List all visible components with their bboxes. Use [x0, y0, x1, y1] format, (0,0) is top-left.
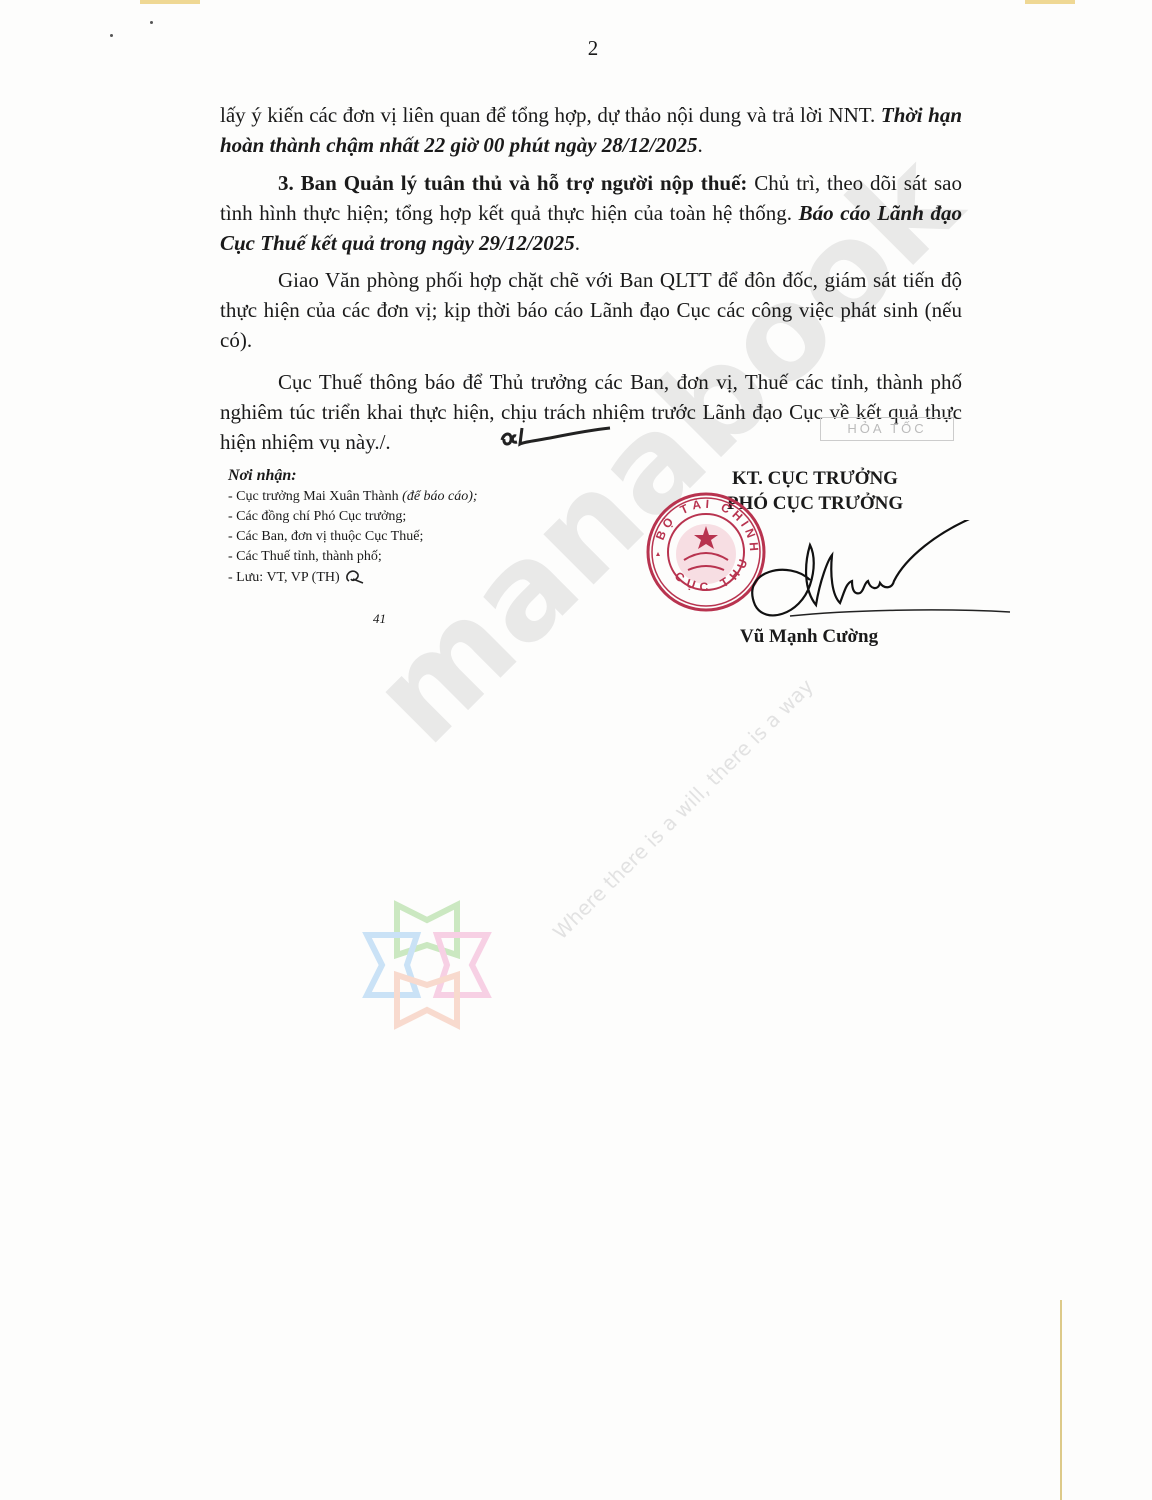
recipient-item: - Cục trưởng Mai Xuân Thành (để báo cáo)… — [228, 487, 478, 507]
watermark-slogan: Where there is a will, there is a way — [548, 674, 818, 944]
paragraph-deadline: lấy ý kiến các đơn vị liên quan để tổng … — [220, 100, 962, 160]
recipient-item: - Các đồng chí Phó Cục trưởng; — [228, 507, 478, 527]
handwritten-signature-icon — [740, 520, 1040, 630]
scan-edge — [1025, 0, 1075, 4]
faint-stamp: HỎA TỐC — [820, 417, 954, 441]
scan-edge — [1060, 1300, 1062, 1500]
scan-edge — [140, 0, 200, 4]
scan-speck — [150, 21, 153, 24]
recipients-list: Nơi nhận: - Cục trưởng Mai Xuân Thành (đ… — [228, 466, 478, 588]
handwritten-number: 41 — [373, 611, 386, 627]
recipient-item: - Các Ban, đơn vị thuộc Cục Thuế; — [228, 527, 478, 547]
recipient-item: - Lưu: VT, VP (TH) — [228, 567, 478, 588]
signer-name: Vũ Mạnh Cường — [740, 626, 878, 648]
handwritten-initial-icon — [343, 567, 365, 585]
paragraph-office-task: Giao Văn phòng phối hợp chặt chẽ với Ban… — [220, 265, 962, 355]
watermark-logo-icon — [362, 900, 492, 1030]
paragraph-section-3: 3. Ban Quản lý tuân thủ và hỗ trợ người … — [220, 168, 962, 258]
recipients-title: Nơi nhận: — [228, 466, 478, 486]
recipient-item: - Các Thuế tỉnh, thành phố; — [228, 547, 478, 567]
section-heading: 3. Ban Quản lý tuân thủ và hỗ trợ người … — [278, 171, 747, 195]
page-number: 2 — [0, 36, 1152, 61]
document-page: manabook Where there is a will, there is… — [0, 0, 1152, 1500]
initials-mark-icon — [498, 420, 613, 450]
